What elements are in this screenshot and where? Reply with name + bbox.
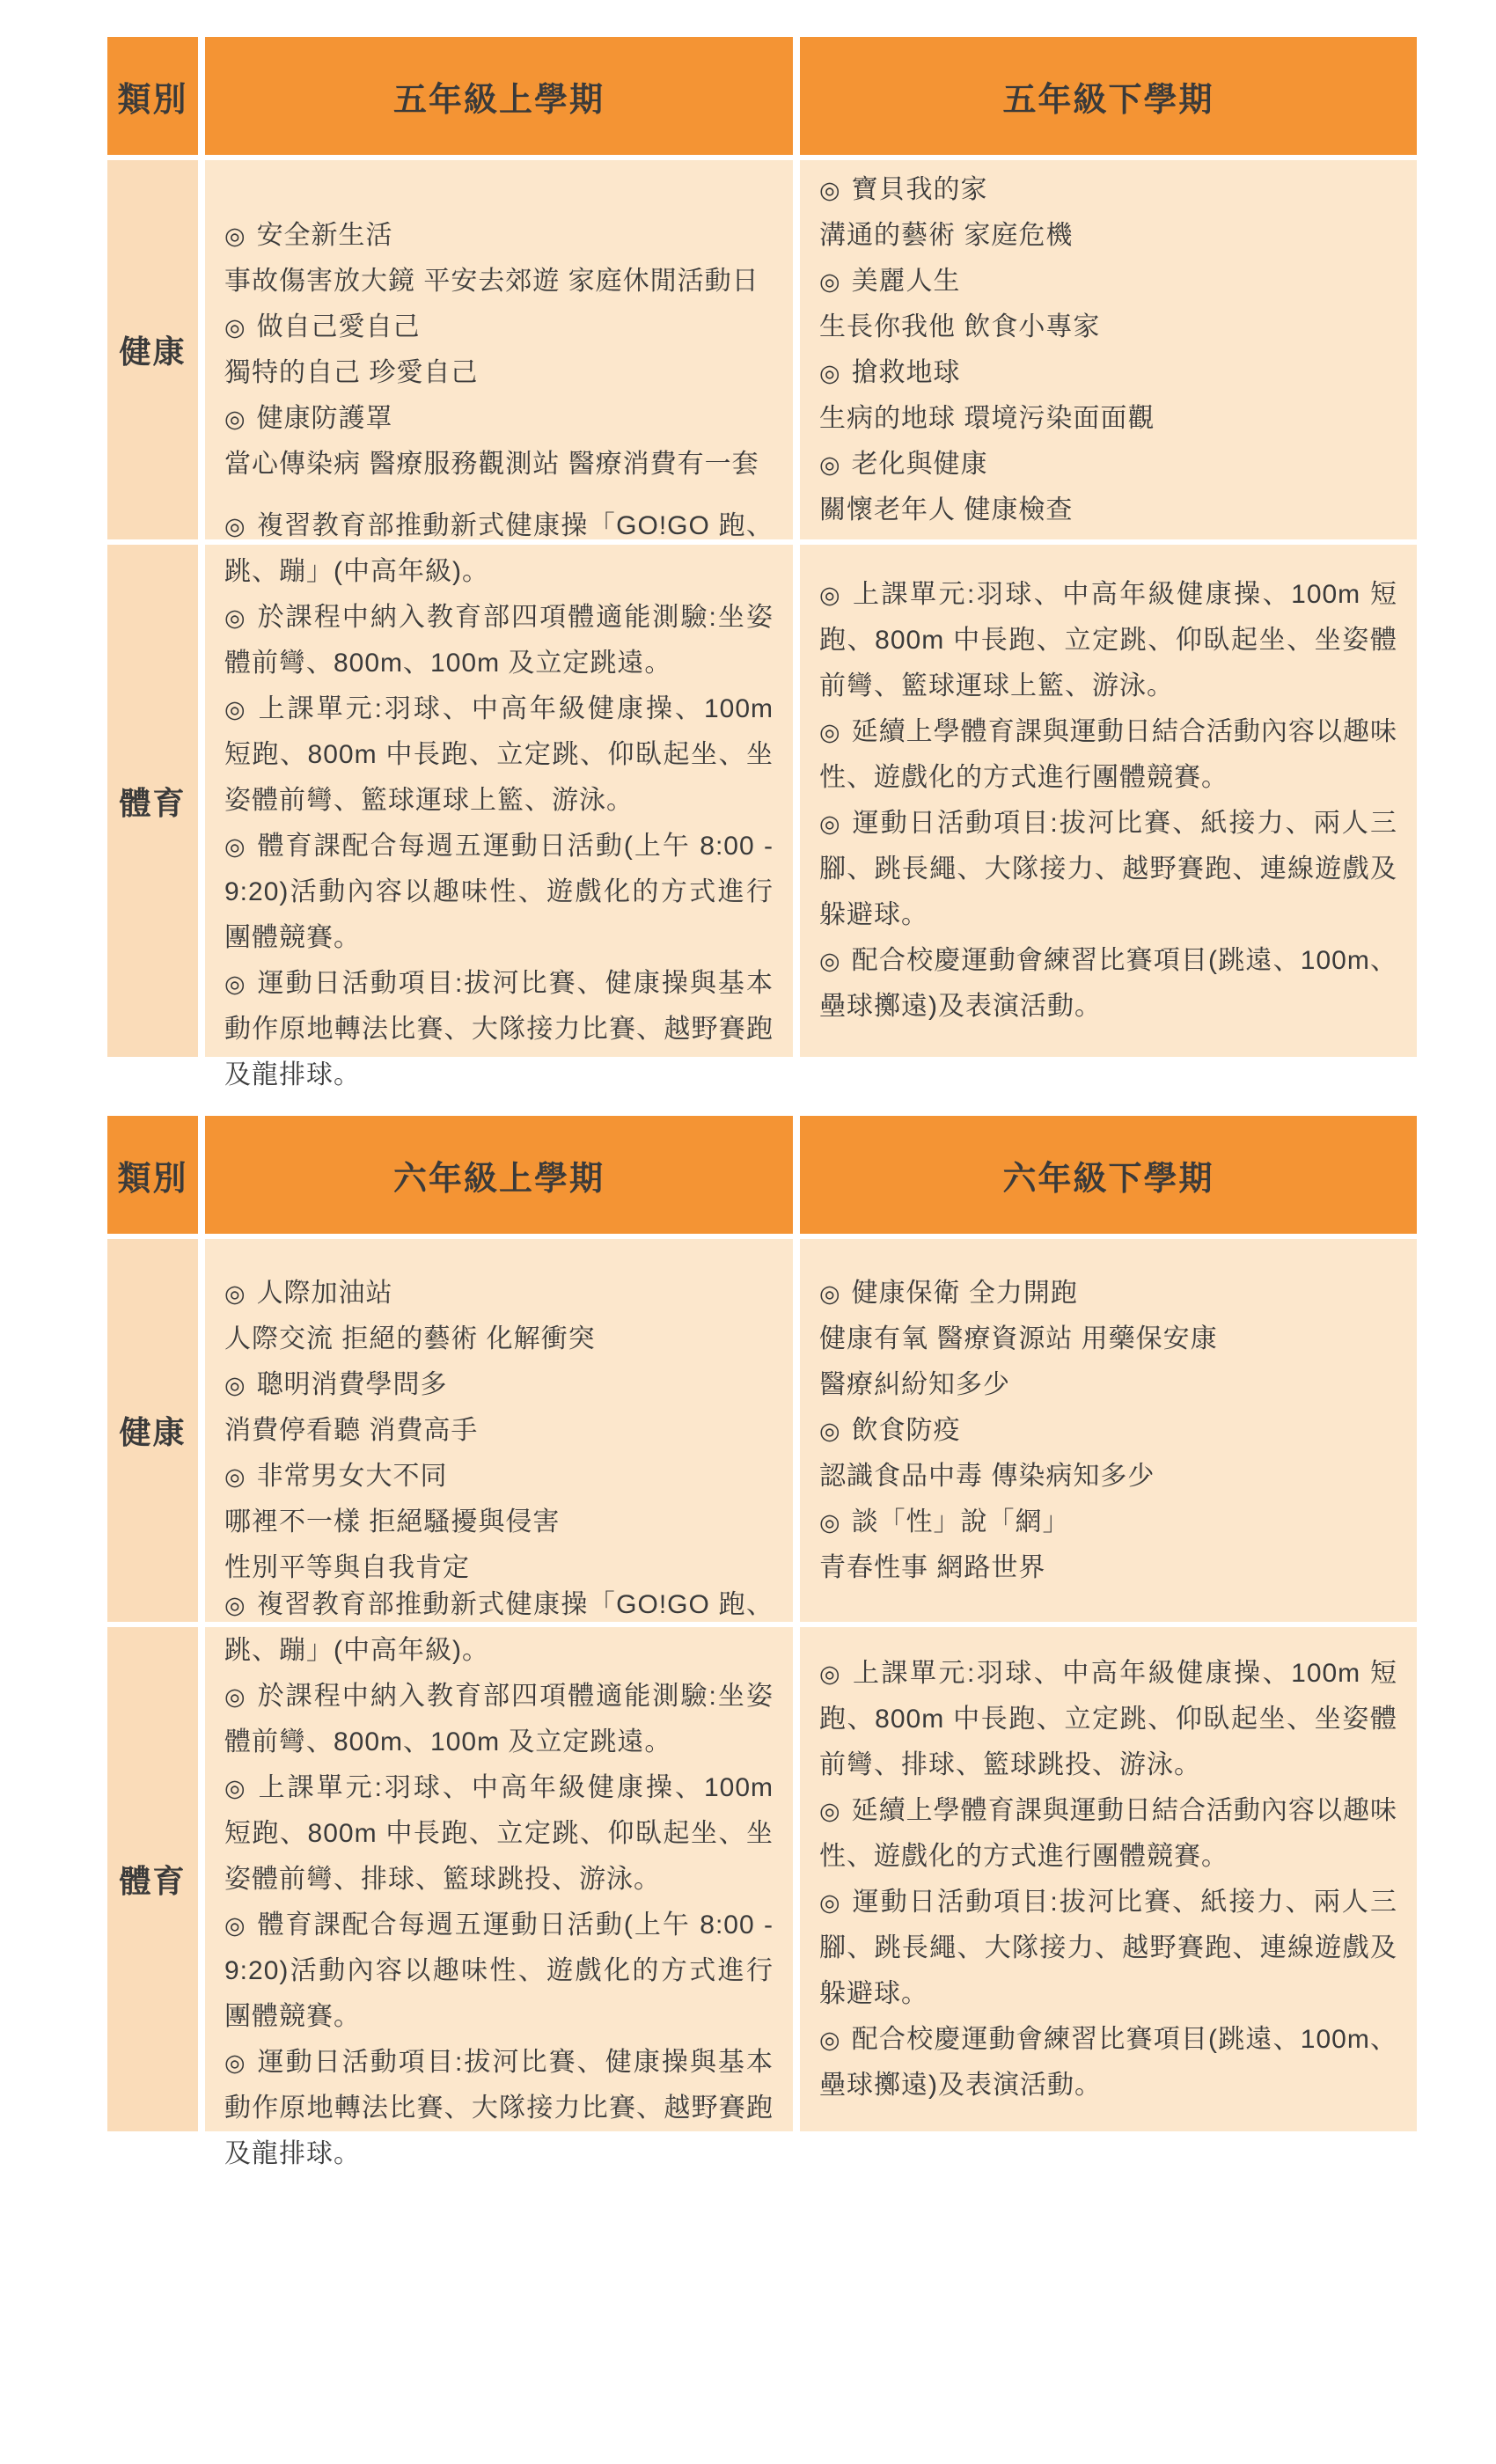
curriculum-item: ◎聰明消費學問多 xyxy=(224,1362,774,1408)
curriculum-item: ◎延續上學體育課與運動日結合活動內容以趣味性、遊戲化的方式進行團體競賽。 xyxy=(819,1788,1397,1880)
curriculum-item: ◎老化與健康 xyxy=(819,442,1397,488)
circle-bullet-icon: ◎ xyxy=(224,1903,246,1948)
row-label-cell: 健康 xyxy=(107,1239,198,1622)
circle-bullet-icon: ◎ xyxy=(224,1674,246,1720)
curriculum-item: 哪裡不一樣 拒絕騷擾與侵害 xyxy=(224,1500,774,1545)
curriculum-item: ◎寶貝我的家 xyxy=(819,167,1397,213)
circle-bullet-icon: ◎ xyxy=(224,961,246,1007)
curriculum-item: ◎上課單元:羽球、中高年級健康操、100m 短跑、800m 中長跑、立定跳、仰臥… xyxy=(819,572,1397,709)
circle-bullet-icon: ◎ xyxy=(224,1582,246,1628)
circle-bullet-icon: ◎ xyxy=(224,213,246,259)
circle-bullet-icon: ◎ xyxy=(224,686,246,732)
circle-bullet-icon: ◎ xyxy=(819,442,841,488)
curriculum-item: ◎複習教育部推動新式健康操「GO!GO 跑、跳、蹦」(中高年級)。 xyxy=(224,1582,774,1674)
curriculum-item: ◎運動日活動項目:拔河比賽、健康操與基本動作原地轉法比賽、大隊接力比賽、越野賽跑… xyxy=(224,2040,774,2177)
content-cell: ◎安全新生活事故傷害放大鏡 平安去郊遊 家庭休閒活動日◎做自己愛自己獨特的自己 … xyxy=(205,160,793,539)
circle-bullet-icon: ◎ xyxy=(819,1880,841,1925)
content-cell: ◎上課單元:羽球、中高年級健康操、100m 短跑、800m 中長跑、立定跳、仰臥… xyxy=(800,545,1417,1057)
curriculum-item: ◎配合校慶運動會練習比賽項目(跳遠、100m、壘球擲遠)及表演活動。 xyxy=(819,938,1397,1030)
row-label-cell: 體育 xyxy=(107,545,198,1057)
circle-bullet-icon: ◎ xyxy=(224,304,246,350)
curriculum-item: ◎非常男女大不同 xyxy=(224,1454,774,1500)
circle-bullet-icon: ◎ xyxy=(819,1651,841,1697)
content-cell: ◎人際加油站人際交流 拒絕的藝術 化解衝突◎聰明消費學問多消費停看聽 消費高手◎… xyxy=(205,1239,793,1622)
semester-header-cell: 六年級下學期 xyxy=(800,1116,1417,1234)
curriculum-item: ◎配合校慶運動會練習比賽項目(跳遠、100m、壘球擲遠)及表演活動。 xyxy=(819,2017,1397,2108)
row-label-cell: 體育 xyxy=(107,1627,198,2131)
content-cell: ◎健康保衛 全力開跑健康有氧 醫療資源站 用藥保安康醫療糾紛知多少◎飲食防疫認識… xyxy=(800,1239,1417,1622)
curriculum-item: ◎運動日活動項目:拔河比賽、紙接力、兩人三腳、跳長繩、大隊接力、越野賽跑、連線遊… xyxy=(819,1880,1397,2017)
semester-header-cell: 六年級上學期 xyxy=(205,1116,793,1234)
grade6-curriculum-table: 類別六年級上學期六年級下學期健康◎人際加油站人際交流 拒絕的藝術 化解衝突◎聰明… xyxy=(107,1116,1417,2131)
circle-bullet-icon: ◎ xyxy=(819,2017,841,2063)
curriculum-item: ◎美麗人生 xyxy=(819,259,1397,304)
curriculum-item: ◎人際加油站 xyxy=(224,1271,774,1316)
curriculum-item: ◎健康防護罩 xyxy=(224,396,774,442)
circle-bullet-icon: ◎ xyxy=(819,709,841,755)
curriculum-item: 事故傷害放大鏡 平安去郊遊 家庭休閒活動日 xyxy=(224,259,774,304)
curriculum-item: 獨特的自己 珍愛自己 xyxy=(224,350,774,396)
circle-bullet-icon: ◎ xyxy=(224,824,246,869)
circle-bullet-icon: ◎ xyxy=(819,259,841,304)
circle-bullet-icon: ◎ xyxy=(819,1788,841,1834)
circle-bullet-icon: ◎ xyxy=(224,2040,246,2086)
curriculum-item: ◎延續上學體育課與運動日結合活動內容以趣味性、遊戲化的方式進行團體競賽。 xyxy=(819,709,1397,801)
category-header-cell: 類別 xyxy=(107,37,198,155)
curriculum-item: ◎談「性」說「網」 xyxy=(819,1500,1397,1545)
curriculum-item: 消費停看聽 消費高手 xyxy=(224,1408,774,1454)
curriculum-item: ◎運動日活動項目:拔河比賽、健康操與基本動作原地轉法比賽、大隊接力比賽、越野賽跑… xyxy=(224,961,774,1098)
curriculum-item: ◎搶救地球 xyxy=(819,350,1397,396)
circle-bullet-icon: ◎ xyxy=(819,167,841,213)
document-page: 類別五年級上學期五年級下學期健康◎安全新生活事故傷害放大鏡 平安去郊遊 家庭休閒… xyxy=(0,0,1496,2464)
circle-bullet-icon: ◎ xyxy=(819,350,841,396)
curriculum-item: ◎於課程中納入教育部四項體適能測驗:坐姿體前彎、800m、100m 及立定跳遠。 xyxy=(224,1674,774,1765)
curriculum-item: ◎複習教育部推動新式健康操「GO!GO 跑、跳、蹦」(中高年級)。 xyxy=(224,503,774,595)
content-cell: ◎複習教育部推動新式健康操「GO!GO 跑、跳、蹦」(中高年級)。◎於課程中納入… xyxy=(205,1627,793,2131)
curriculum-item: ◎健康保衛 全力開跑 xyxy=(819,1271,1397,1316)
circle-bullet-icon: ◎ xyxy=(819,572,841,618)
curriculum-item: 關懷老年人 健康檢查 xyxy=(819,488,1397,533)
curriculum-item: 生病的地球 環境污染面面觀 xyxy=(819,396,1397,442)
circle-bullet-icon: ◎ xyxy=(819,1500,841,1545)
circle-bullet-icon: ◎ xyxy=(224,1454,246,1500)
content-cell: ◎寶貝我的家溝通的藝術 家庭危機◎美麗人生生長你我他 飲食小專家◎搶救地球生病的… xyxy=(800,160,1417,539)
circle-bullet-icon: ◎ xyxy=(224,1765,246,1811)
circle-bullet-icon: ◎ xyxy=(224,1362,246,1408)
row-label-cell: 健康 xyxy=(107,160,198,539)
curriculum-item: 生長你我他 飲食小專家 xyxy=(819,304,1397,350)
curriculum-item: ◎安全新生活 xyxy=(224,213,774,259)
circle-bullet-icon: ◎ xyxy=(819,938,841,984)
curriculum-item: ◎體育課配合每週五運動日活動(上午 8:00 - 9:20)活動內容以趣味性、遊… xyxy=(224,824,774,961)
circle-bullet-icon: ◎ xyxy=(224,595,246,641)
semester-header-cell: 五年級下學期 xyxy=(800,37,1417,155)
curriculum-item: ◎體育課配合每週五運動日活動(上午 8:00 - 9:20)活動內容以趣味性、遊… xyxy=(224,1903,774,2040)
curriculum-item: 當心傳染病 醫療服務觀測站 醫療消費有一套 xyxy=(224,442,774,488)
circle-bullet-icon: ◎ xyxy=(819,801,841,847)
curriculum-item: ◎運動日活動項目:拔河比賽、紙接力、兩人三腳、跳長繩、大隊接力、越野賽跑、連線遊… xyxy=(819,801,1397,938)
curriculum-item: 醫療糾紛知多少 xyxy=(819,1362,1397,1408)
curriculum-item: ◎上課單元:羽球、中高年級健康操、100m 短跑、800m 中長跑、立定跳、仰臥… xyxy=(224,686,774,824)
curriculum-item: 認識食品中毒 傳染病知多少 xyxy=(819,1454,1397,1500)
curriculum-item: ◎做自己愛自己 xyxy=(224,304,774,350)
circle-bullet-icon: ◎ xyxy=(819,1408,841,1454)
curriculum-item: ◎上課單元:羽球、中高年級健康操、100m 短跑、800m 中長跑、立定跳、仰臥… xyxy=(819,1651,1397,1788)
circle-bullet-icon: ◎ xyxy=(224,396,246,442)
semester-header-cell: 五年級上學期 xyxy=(205,37,793,155)
circle-bullet-icon: ◎ xyxy=(224,503,246,549)
curriculum-item: ◎飲食防疫 xyxy=(819,1408,1397,1454)
curriculum-item: 溝通的藝術 家庭危機 xyxy=(819,213,1397,259)
curriculum-item: 健康有氧 醫療資源站 用藥保安康 xyxy=(819,1316,1397,1362)
curriculum-item: ◎於課程中納入教育部四項體適能測驗:坐姿體前彎、800m、100m 及立定跳遠。 xyxy=(224,595,774,686)
grade5-curriculum-table: 類別五年級上學期五年級下學期健康◎安全新生活事故傷害放大鏡 平安去郊遊 家庭休閒… xyxy=(107,37,1417,1057)
content-cell: ◎複習教育部推動新式健康操「GO!GO 跑、跳、蹦」(中高年級)。◎於課程中納入… xyxy=(205,545,793,1057)
circle-bullet-icon: ◎ xyxy=(224,1271,246,1316)
curriculum-item: 人際交流 拒絕的藝術 化解衝突 xyxy=(224,1316,774,1362)
curriculum-item: 青春性事 網路世界 xyxy=(819,1545,1397,1591)
category-header-cell: 類別 xyxy=(107,1116,198,1234)
content-cell: ◎上課單元:羽球、中高年級健康操、100m 短跑、800m 中長跑、立定跳、仰臥… xyxy=(800,1627,1417,2131)
circle-bullet-icon: ◎ xyxy=(819,1271,841,1316)
curriculum-item: ◎上課單元:羽球、中高年級健康操、100m 短跑、800m 中長跑、立定跳、仰臥… xyxy=(224,1765,774,1903)
